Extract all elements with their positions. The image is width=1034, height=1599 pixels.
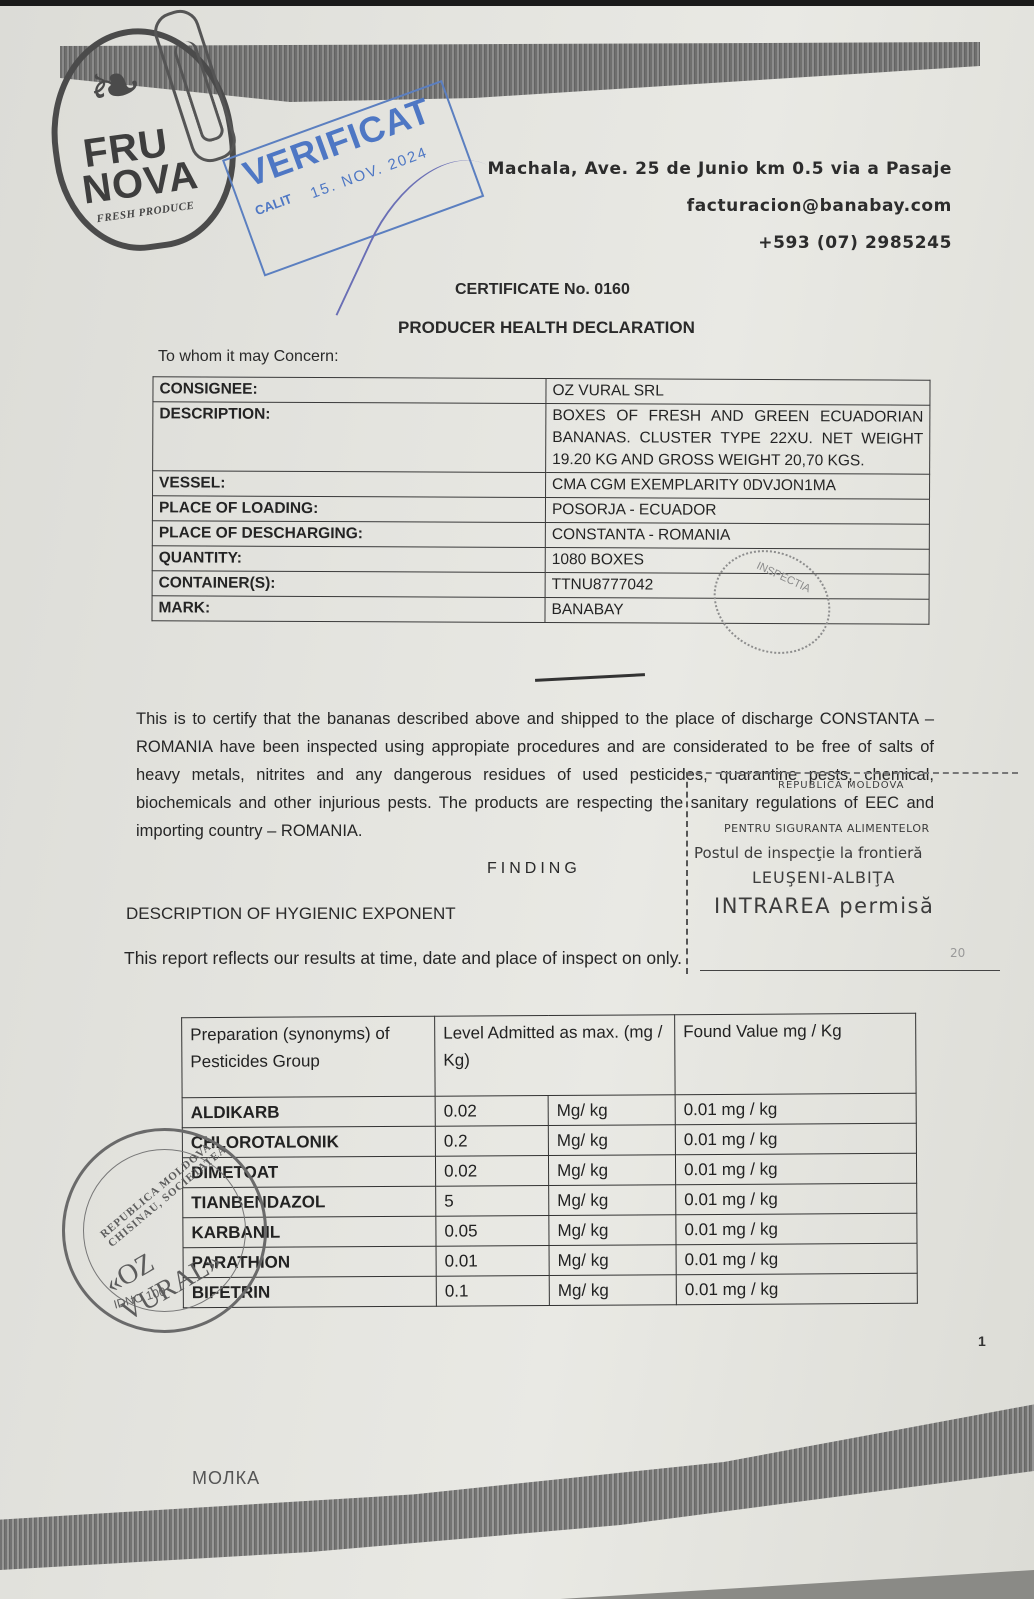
- header-level: Level Admitted as max. (mg / Kg): [435, 1015, 675, 1096]
- moldova-stamp-line4: LEUŞENI-ALBIŢA: [752, 868, 895, 887]
- pesticide-unit: Mg/ kg: [548, 1155, 675, 1186]
- moldova-stamp-line5: INTRAREA permisă: [714, 894, 934, 918]
- shipment-label: PLACE OF LOADING:: [152, 496, 545, 523]
- pesticide-max-level: 0.02: [435, 1096, 548, 1127]
- pesticide-max-level: 5: [436, 1186, 549, 1217]
- shipment-row: PLACE OF DESCHARGING:CONSTANTA - ROMANIA: [152, 521, 929, 549]
- pesticide-found-value: 0.01 mg / kg: [676, 1243, 917, 1274]
- pesticide-max-level: 0.01: [436, 1246, 549, 1277]
- shipment-label: PLACE OF DESCHARGING:: [152, 521, 545, 548]
- document-page: ❧ FRU NOVA FRESH PRODUCE VERIFICAT CALIT…: [0, 0, 1034, 1599]
- pesticide-found-value: 0.01 mg / kg: [675, 1153, 916, 1184]
- top-edge-shadow: [0, 0, 1034, 6]
- moldova-border-stamp: REPUBLICA MOLDOVA PENTRU SIGURANTA ALIME…: [686, 772, 1018, 974]
- leaf-swoosh-icon: ❧: [84, 50, 146, 121]
- pesticide-unit: Mg/ kg: [548, 1125, 675, 1156]
- pesticide-max-level: 0.02: [435, 1156, 548, 1187]
- pesticides-header-row: Preparation (synonyms) of Pesticides Gro…: [182, 1013, 916, 1097]
- shipment-label: VESSEL:: [153, 471, 546, 498]
- pesticide-unit: Mg/ kg: [549, 1275, 676, 1306]
- pesticide-row: BIFETRIN0.1Mg/ kg0.01 mg / kg: [183, 1273, 917, 1307]
- company-email: facturacion@banabay.com: [687, 196, 952, 216]
- pesticide-row: PARATHION0.01Mg/ kg0.01 mg / kg: [183, 1243, 917, 1277]
- faint-bottom-stamp: МОЛКА: [192, 1468, 260, 1489]
- pesticide-row: DIMETOAT0.02Mg/ kg0.01 mg / kg: [182, 1153, 916, 1187]
- shipment-value: BOXES OF FRESH AND GREEN ECUADORIAN BANA…: [546, 404, 930, 475]
- pen-stroke: [535, 673, 645, 682]
- photocopy-smudge-bottom: [0, 1390, 1034, 1570]
- shipment-label: QUANTITY:: [152, 546, 545, 573]
- shipment-label: DESCRIPTION:: [153, 402, 546, 473]
- shipment-row: VESSEL:CMA CGM EXEMPLARITY 0DVJON1MA: [153, 471, 930, 499]
- pesticide-max-level: 0.1: [436, 1276, 549, 1307]
- inspection-stamp-text: INSPECTIA: [755, 560, 813, 595]
- certificate-number: CERTIFICATE No. 0160: [455, 281, 630, 299]
- moldova-stamp-line2: PENTRU SIGURANTA ALIMENTELOR: [724, 822, 930, 835]
- shipment-row: CONSIGNEE:OZ VURAL SRL: [153, 377, 930, 405]
- moldova-stamp-line1: REPUBLICA MOLDOVA: [778, 780, 905, 791]
- pesticide-unit: Mg/ kg: [549, 1245, 676, 1276]
- bottom-page-edge: [560, 1570, 1034, 1599]
- pesticides-table: Preparation (synonyms) of Pesticides Gro…: [181, 1013, 918, 1308]
- header-preparation: Preparation (synonyms) of Pesticides Gro…: [182, 1016, 435, 1098]
- pesticide-unit: Mg/ kg: [549, 1215, 676, 1246]
- report-underline: [700, 970, 1000, 971]
- hygienic-heading: DESCRIPTION OF HYGIENIC EXPONENT: [126, 904, 456, 924]
- shipment-row: PLACE OF LOADING:POSORJA - ECUADOR: [152, 496, 929, 524]
- company-address: Machala, Ave. 25 de Junio km 0.5 via a P…: [488, 159, 952, 179]
- shipment-value: CONSTANTA - ROMANIA: [545, 523, 929, 550]
- shipment-value: CMA CGM EXEMPLARITY 0DVJON1MA: [546, 473, 930, 500]
- pesticide-found-value: 0.01 mg / kg: [676, 1183, 917, 1214]
- certificate-title: PRODUCER HEALTH DECLARATION: [398, 318, 695, 338]
- company-phone: +593 (07) 2985245: [758, 233, 952, 253]
- pesticide-found-value: 0.01 mg / kg: [675, 1093, 916, 1124]
- shipment-label: CONTAINER(S):: [152, 571, 545, 598]
- finding-heading: FINDING: [487, 860, 581, 878]
- oz-vural-round-stamp: REPUBLICA MOLDOVA, CHISINAU, SOCIETATEA …: [62, 1128, 267, 1333]
- pesticide-unit: Mg/ kg: [549, 1185, 676, 1216]
- pesticide-max-level: 0.05: [436, 1216, 549, 1247]
- pesticide-row: ALDIKARB0.02Mg/ kg0.01 mg / kg: [182, 1093, 916, 1127]
- pesticide-found-value: 0.01 mg / kg: [675, 1123, 916, 1154]
- report-note: This report reflects our results at time…: [124, 948, 682, 969]
- header-found: Found Value mg / Kg: [675, 1013, 916, 1094]
- pesticide-row: CHLOROTALONIK0.2Mg/ kg0.01 mg / kg: [182, 1123, 916, 1157]
- pesticide-name: ALDIKARB: [182, 1096, 435, 1128]
- shipment-value: POSORJA - ECUADOR: [545, 498, 929, 525]
- shipment-row: DESCRIPTION:BOXES OF FRESH AND GREEN ECU…: [153, 402, 930, 474]
- pesticide-row: TIANBENDAZOL5Mg/ kg0.01 mg / kg: [183, 1183, 917, 1217]
- pesticide-max-level: 0.2: [435, 1126, 548, 1157]
- moldova-stamp-line3: Postul de inspecţie la frontieră: [694, 844, 922, 862]
- pesticide-found-value: 0.01 mg / kg: [676, 1213, 917, 1244]
- moldova-stamp-line6: 20: [950, 946, 965, 960]
- shipment-label: CONSIGNEE:: [153, 377, 546, 404]
- pesticide-found-value: 0.01 mg / kg: [676, 1273, 917, 1304]
- salutation: To whom it may Concern:: [158, 348, 339, 366]
- shipment-value: OZ VURAL SRL: [546, 379, 930, 406]
- verificat-stamp-side: CALIT: [253, 191, 294, 218]
- page-number: 1: [978, 1333, 986, 1349]
- pesticide-unit: Mg/ kg: [548, 1095, 675, 1126]
- pesticide-row: KARBANIL0.05Mg/ kg0.01 mg / kg: [183, 1213, 917, 1247]
- shipment-label: MARK:: [152, 596, 545, 623]
